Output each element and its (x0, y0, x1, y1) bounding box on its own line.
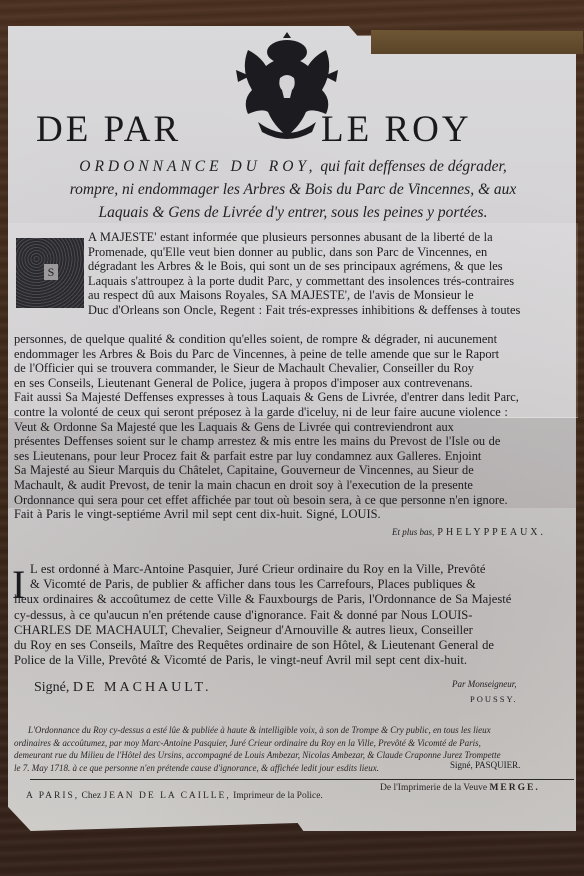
text-line: L'Ordonnance du Roy cy-dessus a esté lûe… (14, 724, 576, 737)
text-line: personnes, de quelque qualité & conditio… (14, 332, 576, 347)
text-line: Sa Majesté au Sieur Marquis du Châtelet,… (14, 463, 576, 478)
text-line: ordinaires & accoûtumez, par moy Marc-An… (14, 737, 576, 750)
folded-corner (371, 30, 583, 54)
text-line: Veut & Ordonne Sa Majesté que les Laquai… (14, 420, 576, 435)
countersign-prefix: Et plus bas, (392, 527, 434, 537)
imprint-right-prefix: De l'Imprimerie de la Veuve (380, 783, 487, 793)
imprint-chez: Chez (82, 791, 102, 801)
text-line: & Vicomté de Paris, de publier & affiche… (14, 577, 576, 592)
imprint-right-name: MERGE. (489, 783, 539, 793)
text-line: ses Lieutenans, pour leur Procez fait & … (14, 449, 576, 464)
signature-pasquier: Signé, PASQUIER. (450, 760, 520, 770)
text-line: contre la volonté de ceux qui seront pré… (14, 405, 576, 420)
text-line: lieux ordinaires & accoûtumez de cette V… (14, 592, 576, 607)
text-line: dégradant les Arbres & le Bois, qui sont… (88, 259, 576, 274)
subtitle-line3: Laquais & Gens de Livrée d'y entrer, sou… (18, 201, 568, 224)
countersignature: Et plus bas, PHELYPPEAUX. (392, 524, 546, 539)
text-line: du Roy en ses Conseils, Maître des Requê… (14, 638, 576, 653)
title-le-roy: LE ROY (321, 108, 472, 151)
imprint-la-caille: A PARIS, Chez JEAN DE LA CAILLE, Imprime… (26, 791, 323, 801)
imprint-merge: De l'Imprimerie de la Veuve MERGE. (380, 783, 540, 793)
text-line: au respect dû aux Maisons Royales, SA MA… (88, 288, 576, 303)
text-line: de l'Officier qui se trouvera commander,… (14, 361, 576, 376)
text-line: Machault, & audit Prevost, de tenir la m… (14, 478, 576, 493)
text-line: présentes Deffenses soient sur le champ … (14, 434, 576, 449)
text-line: Promenade, qu'Elle veut bien donner au p… (88, 245, 576, 260)
signature-prefix: Signé, (34, 680, 69, 695)
countersign-name: PHELYPPEAUX. (437, 527, 546, 538)
signature-machault: Signé, DE MACHAULT. (34, 680, 212, 696)
ornamental-dropcap: S (16, 238, 84, 308)
poussy-signature: POUSSY. (470, 694, 518, 704)
paragraph-1-continued: personnes, de quelque qualité & conditio… (14, 332, 576, 522)
imprint-printer: JEAN DE LA CAILLE, (103, 791, 230, 801)
imprint-city: A PARIS, (26, 791, 79, 801)
subtitle-line1: qui fait deffenses de dégrader, (320, 158, 506, 175)
text-line: Ordonnance qui sera pour cet effet affic… (14, 493, 576, 508)
paragraph-2-order: L est ordonné à Marc-Antoine Pasquier, J… (14, 562, 576, 668)
text-line: CHARLES DE MACHAULT, Chevalier, Seigneur… (14, 623, 576, 638)
dropcap-letter: S (44, 264, 58, 280)
text-line: Fait à Paris le vingt-septiéme Avril mil… (14, 507, 576, 522)
subtitle-line2: rompre, ni endommager les Arbres & Bois … (18, 178, 568, 201)
signature-name: DE MACHAULT. (73, 680, 212, 695)
text-line: A MAJESTE' estant informée que plusieurs… (88, 230, 576, 245)
text-line: cy-dessus, à ce qu'aucun n'en prétende c… (14, 608, 576, 623)
text-line: Laquais s'attroupez à la porte dudit Par… (88, 274, 576, 289)
text-line: Fait aussi Sa Majesté Deffenses expresse… (14, 390, 576, 405)
imprint-role: Imprimeur de la Police. (233, 791, 323, 801)
subtitle-caps: ORDONNANCE DU ROY, (79, 158, 316, 175)
text-line: Police de la Ville, Prevôté & Vicomté de… (14, 653, 576, 668)
text-line: en ses Conseils, Lieutenant General de P… (14, 376, 576, 391)
text-line: Duc d'Orleans son Oncle, Regent : Fait t… (88, 303, 576, 318)
par-monseigneur: Par Monseigneur, (452, 679, 517, 689)
text-line: endommager les Arbres & Bois du Parc de … (14, 347, 576, 362)
title-de-par: DE PAR (36, 108, 181, 151)
text-line: L est ordonné à Marc-Antoine Pasquier, J… (14, 562, 576, 577)
paragraph-1-intro: A MAJESTE' estant informée que plusieurs… (88, 230, 576, 318)
divider-rule (30, 779, 574, 780)
ordinance-subtitle: ORDONNANCE DU ROY, qui fait deffenses de… (18, 155, 568, 224)
